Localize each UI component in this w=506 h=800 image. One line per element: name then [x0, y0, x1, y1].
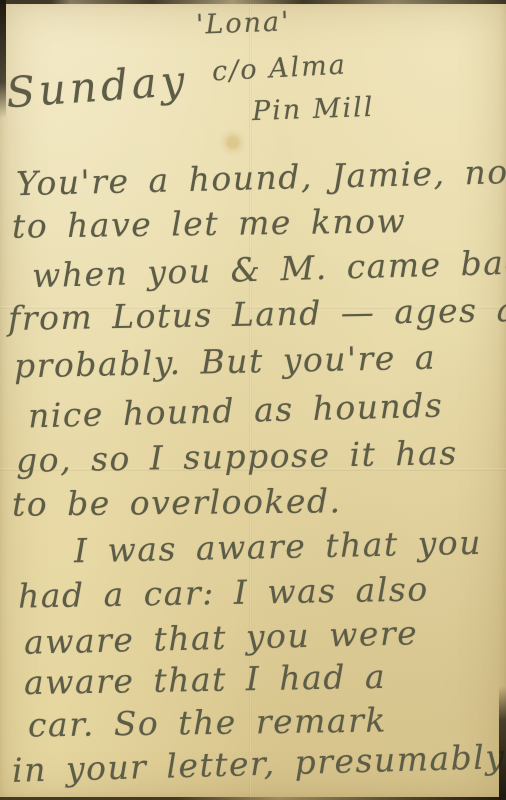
handwritten-line: go, so I suppose it has [16, 433, 458, 480]
handwritten-line: I was aware that you [74, 523, 483, 571]
letterhead-care-of: c/o Alma [211, 49, 347, 87]
letterhead-house-name: 'Lona' [195, 6, 291, 40]
handwritten-line: in your letter, presumably [12, 737, 506, 790]
handwritten-line: aware that you were [24, 613, 419, 662]
handwritten-line: from Lotus Land — ages ago, [8, 289, 506, 338]
letter-paper: 'Lona' c/o Alma Sunday Pin Mill You're a… [0, 0, 506, 800]
scan-edge-left-top [0, 0, 6, 118]
handwritten-line: car. So the remark [28, 700, 387, 744]
scan-edge-right-bottom [499, 686, 506, 800]
handwritten-line: to have let me know [12, 201, 407, 246]
handwritten-line: probably. But you're a [14, 338, 437, 386]
handwritten-line: when you & M. came back [32, 242, 506, 295]
letterhead-place: Pin Mill [251, 92, 374, 127]
scan-edge-top [0, 0, 506, 4]
handwritten-line: nice hound as hounds [28, 386, 444, 436]
letter-scan: 'Lona' c/o Alma Sunday Pin Mill You're a… [0, 0, 506, 800]
handwritten-line: had a car: I was also [18, 569, 429, 615]
letterhead-day: Sunday [5, 56, 191, 118]
handwritten-line: to be overlooked. [12, 481, 342, 523]
handwritten-line: You're a hound, Jamie, not [16, 152, 506, 203]
handwritten-line: aware that I had a [24, 657, 387, 702]
